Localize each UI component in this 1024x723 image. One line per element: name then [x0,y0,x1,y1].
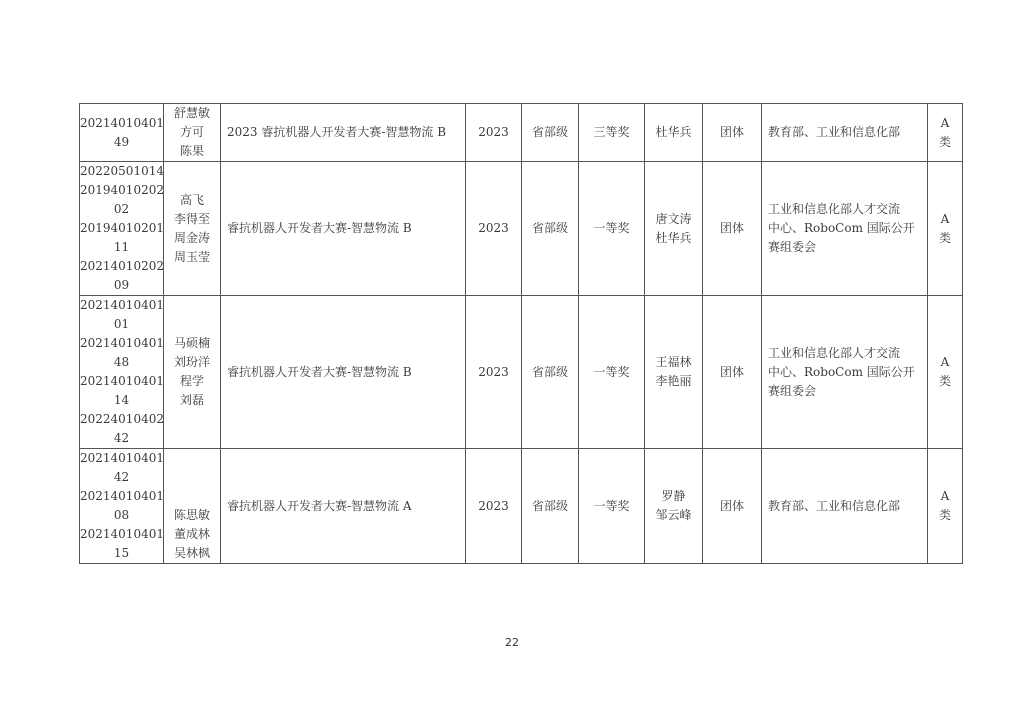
student-name: 舒慧敏 [164,104,220,123]
year-cell: 2023 [466,449,522,564]
student-id: 20194010202 [80,181,163,200]
advisor-cell: 罗静 邹云峰 [645,449,703,564]
student-id: 20214010401 [80,114,163,133]
type-cell: 团体 [703,296,762,449]
student-id: 14 [80,391,163,410]
type-cell: 团体 [703,162,762,296]
organizer-cell: 教育部、工业和信息化部 [762,449,928,564]
advisor-name: 杜华兵 [645,229,702,248]
competition-cell: 睿抗机器人开发者大赛-智慧物流 B [221,296,466,449]
student-id: 20214010401 [80,525,163,544]
advisor-cell: 杜华兵 [645,104,703,162]
category-line: A [928,487,962,506]
student-name: 马硕楠 [164,334,220,353]
table-row: 20214010401 49 舒慧敏 方可 陈果 2023 睿抗机器人开发者大赛… [80,104,963,162]
competition-cell: 睿抗机器人开发者大赛-智慧物流 B [221,162,466,296]
student-name: 周玉莹 [164,248,220,267]
student-id: 42 [80,468,163,487]
category-line: A [928,114,962,133]
organizer-line: 教育部、工业和信息化部 [768,497,921,516]
student-id: 08 [80,506,163,525]
student-name: 陈果 [164,142,220,161]
year-cell: 2023 [466,104,522,162]
competition-cell: 2023 睿抗机器人开发者大赛-智慧物流 B [221,104,466,162]
student-id: 09 [80,276,163,295]
names-cell: 高飞 李得至 周金涛 周玉莹 [164,162,221,296]
student-id: 20214010401 [80,449,163,468]
organizer-cell: 教育部、工业和信息化部 [762,104,928,162]
student-id: 20214010401 [80,372,163,391]
category-line: 类 [928,133,962,152]
competition-cell: 睿抗机器人开发者大赛-智慧物流 A [221,449,466,564]
student-name: 吴林枫 [164,544,220,563]
level-cell: 省部级 [522,162,579,296]
category-line: A [928,210,962,229]
prize-cell: 一等奖 [579,296,645,449]
prize-cell: 一等奖 [579,162,645,296]
category-cell: A 类 [928,449,963,564]
advisor-cell: 王福林 李艳丽 [645,296,703,449]
student-id: 20224010402 [80,410,163,429]
table-row: 20214010401 42 20214010401 08 2021401040… [80,449,963,564]
level-cell: 省部级 [522,104,579,162]
organizer-cell: 工业和信息化部人才交流 中心、RoboCom 国际公开 赛组委会 [762,162,928,296]
student-id: 01 [80,315,163,334]
names-cell: 陈思敏 董成林 吴林枫 [164,449,221,564]
organizer-line: 工业和信息化部人才交流 [768,344,921,363]
organizer-line: 中心、RoboCom 国际公开 [768,363,921,382]
student-name: 董成林 [164,525,220,544]
category-cell: A 类 [928,104,963,162]
table-row: 20214010401 01 20214010401 48 2021401040… [80,296,963,449]
student-id: 20214010401 [80,487,163,506]
student-id-cell: 20214010401 49 [80,104,164,162]
student-id: 20194010201 [80,219,163,238]
student-id-cell: 20220501014 20194010202 02 20194010201 1… [80,162,164,296]
advisor-name: 杜华兵 [645,123,702,142]
organizer-line: 教育部、工业和信息化部 [768,123,921,142]
student-id: 42 [80,429,163,448]
student-id: 15 [80,544,163,563]
student-id: 11 [80,238,163,257]
student-id: 20214010401 [80,334,163,353]
category-line: 类 [928,229,962,248]
advisor-cell: 唐文涛 杜华兵 [645,162,703,296]
level-cell: 省部级 [522,449,579,564]
organizer-line: 赛组委会 [768,382,921,401]
category-cell: A 类 [928,296,963,449]
student-id: 20214010202 [80,257,163,276]
organizer-line: 赛组委会 [768,238,921,257]
year-cell: 2023 [466,296,522,449]
names-cell: 舒慧敏 方可 陈果 [164,104,221,162]
student-name: 方可 [164,123,220,142]
student-name: 周金涛 [164,229,220,248]
student-name: 刘磊 [164,391,220,410]
type-cell: 团体 [703,449,762,564]
award-table: 20214010401 49 舒慧敏 方可 陈果 2023 睿抗机器人开发者大赛… [79,103,963,564]
advisor-name: 李艳丽 [645,372,702,391]
student-name: 刘玢洋 [164,353,220,372]
advisor-name: 邹云峰 [645,506,702,525]
student-name: 高飞 [164,191,220,210]
table-row: 20220501014 20194010202 02 20194010201 1… [80,162,963,296]
category-line: A [928,353,962,372]
year-cell: 2023 [466,162,522,296]
advisor-name: 王福林 [645,353,702,372]
student-id: 48 [80,353,163,372]
organizer-line: 工业和信息化部人才交流 [768,200,921,219]
advisor-name: 罗静 [645,487,702,506]
category-line: 类 [928,372,962,391]
page-number: 22 [0,636,1024,649]
student-name: 李得至 [164,210,220,229]
type-cell: 团体 [703,104,762,162]
advisor-name: 唐文涛 [645,210,702,229]
prize-cell: 一等奖 [579,449,645,564]
student-id: 20214010401 [80,296,163,315]
student-id-cell: 20214010401 42 20214010401 08 2021401040… [80,449,164,564]
organizer-line: 中心、RoboCom 国际公开 [768,219,921,238]
category-line: 类 [928,506,962,525]
student-name: 陈思敏 [164,506,220,525]
level-cell: 省部级 [522,296,579,449]
category-cell: A 类 [928,162,963,296]
student-id-cell: 20214010401 01 20214010401 48 2021401040… [80,296,164,449]
prize-cell: 三等奖 [579,104,645,162]
organizer-cell: 工业和信息化部人才交流 中心、RoboCom 国际公开 赛组委会 [762,296,928,449]
names-cell: 马硕楠 刘玢洋 程学 刘磊 [164,296,221,449]
student-id: 20220501014 [80,162,163,181]
student-id: 49 [80,133,163,152]
student-id: 02 [80,200,163,219]
student-name: 程学 [164,372,220,391]
